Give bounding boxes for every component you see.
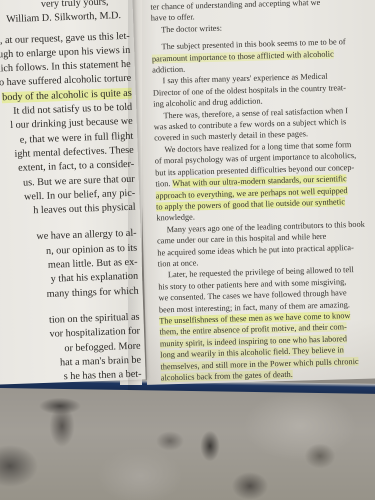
granite-countertop bbox=[0, 386, 375, 500]
left-page-text: very truly yours, William D. Silkworth, … bbox=[0, 0, 142, 385]
page-shadow bbox=[145, 318, 375, 385]
left-page: very truly yours, William D. Silkworth, … bbox=[0, 0, 146, 385]
right-page: THE DOCTOR'S OPINION ter chance of under… bbox=[136, 0, 375, 385]
book-gutter bbox=[128, 0, 142, 390]
